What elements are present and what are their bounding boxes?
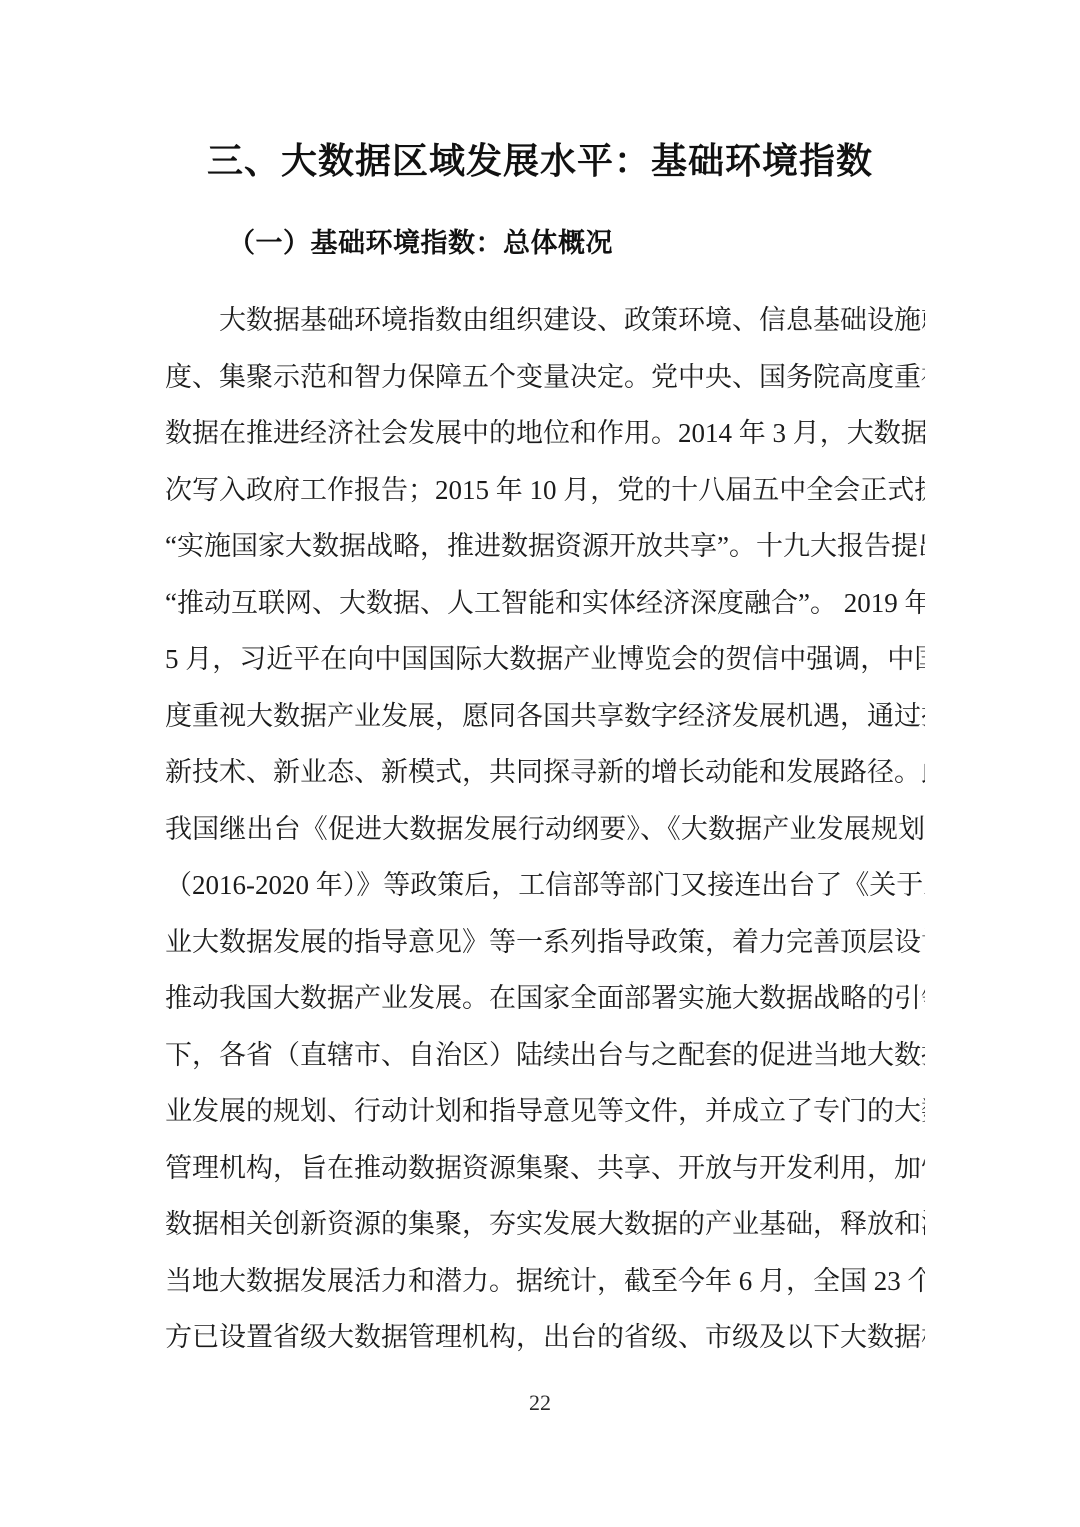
page-number: 22	[0, 1390, 1080, 1416]
section-title: 三、大数据区域发展水平：基础环境指数	[0, 133, 1080, 184]
body-line: 我国继出台《促进大数据发展行动纲要》、《大数据产业发展规划	[165, 801, 925, 858]
body-line: 新技术、新业态、新模式，共同探寻新的增长动能和发展路径。此外，	[165, 744, 925, 801]
body-line: 下，各省（直辖市、自治区）陆续出台与之配套的促进当地大数据产	[165, 1027, 925, 1084]
body-line: 业大数据发展的指导意见》等一系列指导政策，着力完善顶层设计，	[165, 914, 925, 971]
body-line: 管理机构，旨在推动数据资源集聚、共享、开放与开发利用，加快大	[165, 1140, 925, 1197]
body-paragraph: 大数据基础环境指数由组织建设、政策环境、信息基础设施就绪度、集聚示范和智力保障五…	[165, 292, 925, 1366]
body-line: 度、集聚示范和智力保障五个变量决定。党中央、国务院高度重视大	[165, 349, 925, 406]
body-line: 大数据基础环境指数由组织建设、政策环境、信息基础设施就绪	[165, 292, 925, 349]
body-line: （2016-2020 年）》等政策后，工信部等部门又接连出台了《关于工	[165, 857, 925, 914]
body-line: “实施国家大数据战略，推进数据资源开放共享”。十九大报告提出，	[165, 518, 925, 575]
body-line: 次写入政府工作报告；2015 年 10 月，党的十八届五中全会正式提出	[165, 462, 925, 519]
subsection-heading: （一）基础环境指数：总体概况	[228, 221, 613, 260]
body-line: 度重视大数据产业发展，愿同各国共享数字经济发展机遇，通过探索	[165, 688, 925, 745]
body-line: 推动我国大数据产业发展。在国家全面部署实施大数据战略的引领	[165, 970, 925, 1027]
body-line: 数据相关创新资源的集聚，夯实发展大数据的产业基础，释放和激发	[165, 1196, 925, 1253]
body-line: 数据在推进经济社会发展中的地位和作用。2014 年 3 月，大数据首	[165, 405, 925, 462]
document-page: 三、大数据区域发展水平：基础环境指数 （一）基础环境指数：总体概况 大数据基础环…	[0, 0, 1080, 1527]
body-line: “推动互联网、大数据、人工智能和实体经济深度融合”。 2019 年	[165, 575, 925, 632]
body-line: 5 月，习近平在向中国国际大数据产业博览会的贺信中强调，中国高	[165, 631, 925, 688]
body-line: 方已设置省级大数据管理机构，出台的省级、市级及以下大数据相关	[165, 1309, 925, 1366]
body-line: 业发展的规划、行动计划和指导意见等文件，并成立了专门的大数据	[165, 1083, 925, 1140]
body-line: 当地大数据发展活力和潜力。据统计，截至今年 6 月，全国 23 个地	[165, 1253, 925, 1310]
